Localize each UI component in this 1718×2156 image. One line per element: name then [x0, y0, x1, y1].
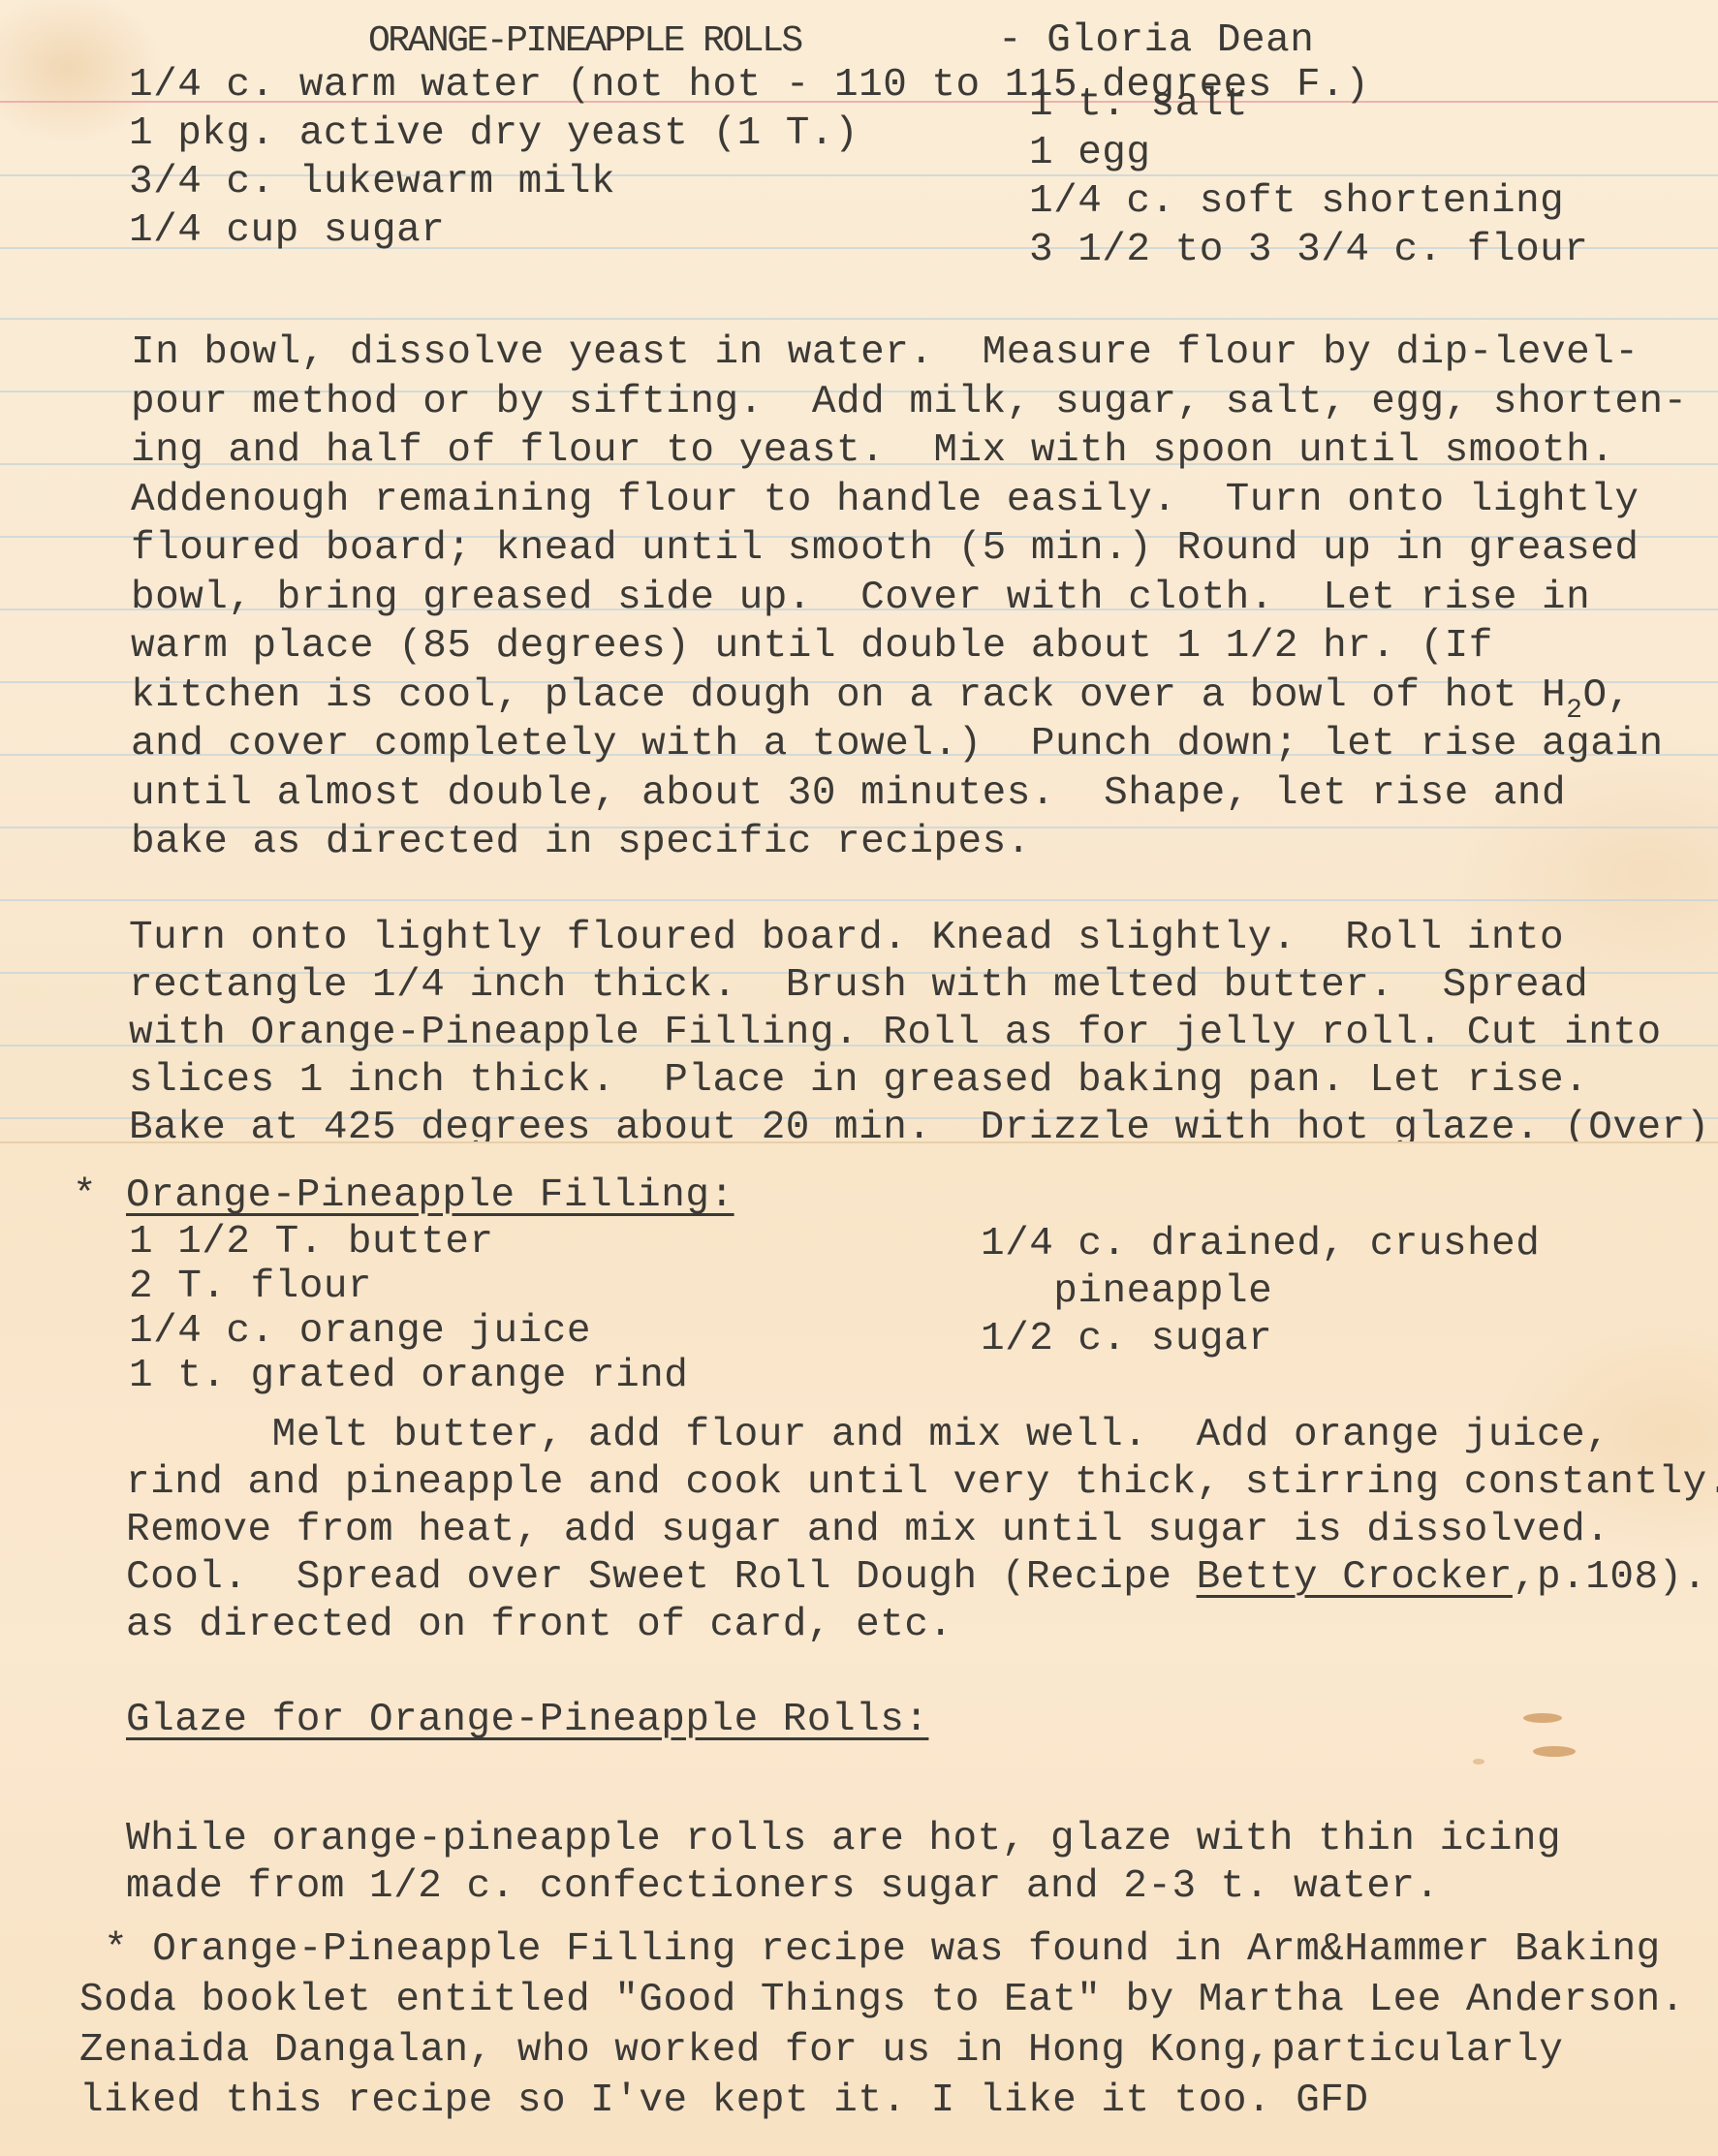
- instruction-line: bake as directed in specific recipes.: [131, 823, 1031, 862]
- recipe-title: ORANGE-PINEAPPLE ROLLS: [368, 23, 801, 60]
- instruction-line: Addenough remaining flour to handle easi…: [131, 481, 1639, 520]
- footnote-line: liked this recipe so I've kept it. I lik…: [79, 2081, 1369, 2121]
- filling-instruction-line: Remove from heat, add sugar and mix unti…: [126, 1511, 1609, 1550]
- glaze-heading: Glaze for Orange-Pineapple Rolls:: [126, 1701, 928, 1740]
- filling-asterisk: *: [73, 1176, 97, 1216]
- reference-book: Betty Crocker: [1197, 1555, 1513, 1600]
- footnote-line: Soda booklet entitled "Good Things to Ea…: [79, 1981, 1685, 2020]
- instruction-line: bowl, bring greased side up. Cover with …: [131, 578, 1590, 618]
- recipe-card-front: ORANGE-PINEAPPLE ROLLS - Gloria Dean 1/4…: [0, 0, 1718, 1141]
- filling-ingredient-line: 1 1/2 T. butter: [129, 1223, 494, 1263]
- instruction-line: In bowl, dissolve yeast in water. Measur…: [131, 333, 1639, 373]
- filling-ingredient-line: 1/4 c. drained, crushed: [981, 1225, 1540, 1265]
- h2o-suffix: O,: [1582, 673, 1631, 718]
- glaze-instruction-line: made from 1/2 c. confectioners sugar and…: [126, 1867, 1440, 1907]
- author-credit: - Gloria Dean: [998, 21, 1314, 61]
- instruction-line: with Orange-Pineapple Filling. Roll as f…: [129, 1014, 1662, 1053]
- ingredient-line: 1 t. salt: [1029, 85, 1248, 125]
- stain-mark: [1533, 1746, 1576, 1757]
- filling-heading: Orange-Pineapple Filling:: [126, 1176, 734, 1216]
- stain-mark: [1473, 1759, 1484, 1765]
- blue-rule: [0, 318, 1718, 320]
- recipe-card-back: * Orange-Pineapple Filling: 1 1/2 T. but…: [0, 1141, 1718, 2156]
- blue-rule: [0, 899, 1718, 901]
- footnote-line: Zenaida Dangalan, who worked for us in H…: [79, 2031, 1563, 2071]
- stain-mark: [1523, 1713, 1562, 1723]
- filling-instruction-line: Cool. Spread over Sweet Roll Dough (Reci…: [126, 1558, 1707, 1598]
- filling-instruction-line: Melt butter, add flour and mix well. Add…: [126, 1416, 1609, 1455]
- filling-instruction-line: rind and pineapple and cook until very t…: [126, 1463, 1718, 1503]
- ingredient-line: 1/4 c. soft shortening: [1029, 182, 1564, 222]
- ingredient-line: 1 pkg. active dry yeast (1 T.): [129, 114, 859, 154]
- ingredient-line: 3 1/2 to 3 3/4 c. flour: [1029, 231, 1588, 270]
- glaze-instruction-line: While orange-pineapple rolls are hot, gl…: [126, 1820, 1561, 1859]
- filling-ingredient-line: pineapple: [981, 1272, 1272, 1312]
- instruction-line: ing and half of flour to yeast. Mix with…: [131, 431, 1614, 471]
- filling-instruction-line: as directed on front of card, etc.: [126, 1606, 953, 1645]
- instruction-line: slices 1 inch thick. Place in greased ba…: [129, 1061, 1588, 1101]
- instruction-line: Bake at 425 degrees about 20 min. Drizzl…: [129, 1109, 1710, 1141]
- instruction-line: kitchen is cool, place dough on a rack o…: [131, 676, 1632, 716]
- instruction-line: until almost double, about 30 minutes. S…: [131, 774, 1566, 814]
- ingredient-line: 1/4 cup sugar: [129, 211, 445, 251]
- instruction-line: and cover completely with a towel.) Punc…: [131, 725, 1664, 765]
- instruction-line: warm place (85 degrees) until double abo…: [131, 627, 1493, 667]
- instruction-line: floured board; knead until smooth (5 min…: [131, 529, 1639, 569]
- reference-page: ,p.108).: [1513, 1555, 1707, 1600]
- filling-ingredient-line: 1/2 c. sugar: [981, 1320, 1272, 1359]
- instruction-line: pour method or by sifting. Add milk, sug…: [131, 383, 1688, 422]
- filling-ingredient-line: 1 t. grated orange rind: [129, 1357, 688, 1396]
- filling-ingredient-line: 2 T. flour: [129, 1267, 372, 1307]
- instruction-line: rectangle 1/4 inch thick. Brush with mel…: [129, 966, 1588, 1006]
- footnote-line: * Orange-Pineapple Filling recipe was fo…: [79, 1930, 1661, 1970]
- subscript-two: 2: [1566, 696, 1582, 726]
- instruction-line: Turn onto lightly floured board. Knead s…: [129, 919, 1564, 958]
- filling-ingredient-line: 1/4 c. orange juice: [129, 1312, 591, 1352]
- ingredient-line: 1 egg: [1029, 134, 1151, 173]
- ingredient-line: 3/4 c. lukewarm milk: [129, 163, 615, 203]
